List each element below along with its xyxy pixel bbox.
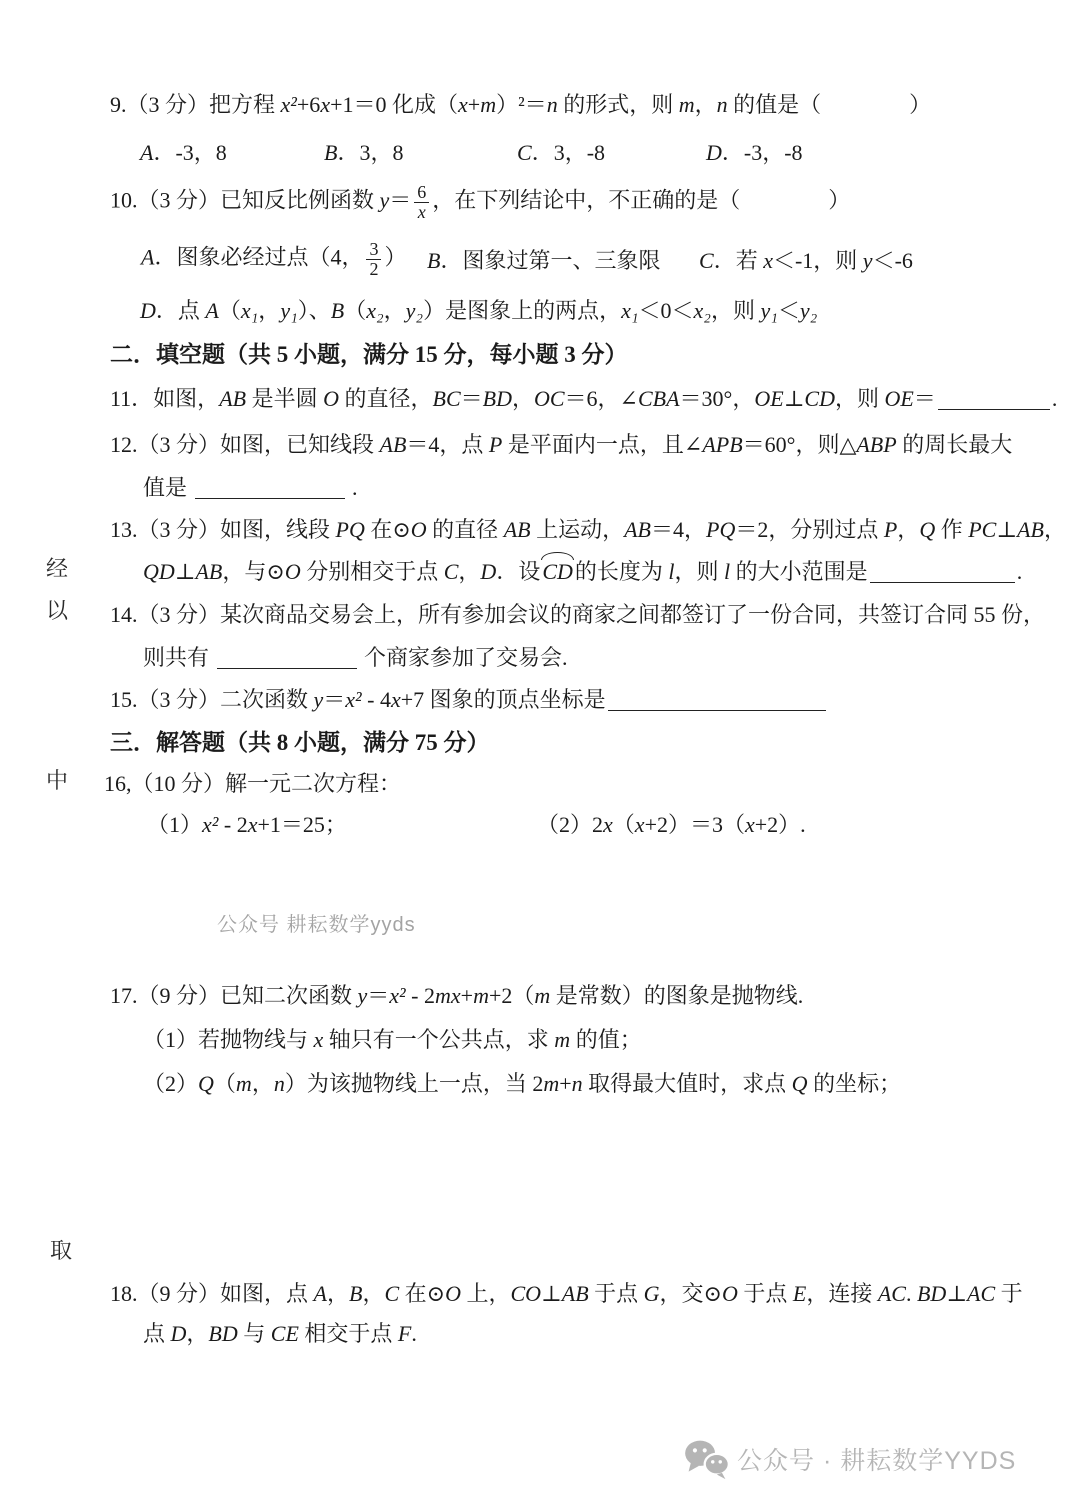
section-solve-header: 三．解答题（共 8 小题，满分 75 分） bbox=[110, 728, 490, 758]
answer-blank bbox=[938, 387, 1050, 410]
answer-blank bbox=[608, 688, 826, 711]
answer-blank bbox=[217, 646, 357, 669]
q17-part2: （2）Q（m，n）为该抛物线上一点，当 2m+n 取得最大值时，求点 Q 的坐标… bbox=[143, 1069, 901, 1099]
wechat-icon bbox=[684, 1438, 730, 1480]
fraction: 32 bbox=[366, 240, 381, 279]
q10-option-b: B．图象过第一、三象限 bbox=[427, 246, 660, 276]
question-13-line1: 13.（3 分）如图，线段 PQ 在⊙O 的直径 AB 上运动，AB＝4，PQ＝… bbox=[110, 515, 1066, 545]
question-12-line1: 12.（3 分）如图，已知线段 AB＝4，点 P 是平面内一点，且∠APB＝60… bbox=[110, 430, 1012, 460]
margin-note: 中 bbox=[46, 764, 68, 795]
question-16-stem: 16,（10 分）解一元二次方程： bbox=[104, 769, 401, 799]
answer-blank bbox=[870, 560, 1015, 583]
q9-option-a: A．-3，8 bbox=[140, 138, 227, 168]
q10-option-c: C．若 x＜-1，则 y＜-6 bbox=[699, 246, 913, 276]
q9-option-c: C．3，-8 bbox=[517, 138, 605, 168]
question-11-stem: 11．如图，AB 是半圆 O 的直径，BC＝BD，OC＝6，∠CBA＝30°，O… bbox=[110, 384, 1057, 414]
q16-part2: （2）2x（x+2）＝3（x+2）. bbox=[537, 810, 806, 840]
q16-part1: （1）x² - 2x+1＝25； bbox=[147, 810, 347, 840]
question-13-line2: QD⊥AB，与⊙O 分别相交于点 C，D．设CD的长度为 l，则 l 的大小范围… bbox=[143, 557, 1022, 587]
watermark-mid: 公众号 耕耘数学yyds bbox=[217, 908, 416, 937]
margin-note: 经 bbox=[46, 552, 68, 583]
exam-page: 经 以 中 取 9.（3 分）把方程 x²+6x+1＝0 化成（x+m）²＝n … bbox=[0, 0, 1080, 1506]
margin-note: 取 bbox=[50, 1234, 72, 1265]
question-10-stem: 10.（3 分）已知反比例函数 y＝6x，在下列结论中，不正确的是（ ） bbox=[110, 183, 850, 222]
watermark-bottom: 公众号 · 耕耘数学YYDS bbox=[737, 1441, 1016, 1477]
q10-option-d: D．点 A（x₁，y₁）、B（x₂，y₂）是图象上的两点，x₁＜0＜x₂，则 y… bbox=[140, 296, 817, 326]
answer-blank bbox=[195, 476, 345, 499]
arc-over-text: CD bbox=[540, 557, 575, 587]
fraction: 6x bbox=[414, 183, 429, 222]
q10-option-a: A．图象必经过点（4，32） bbox=[141, 240, 406, 279]
question-18-line1: 18.（9 分）如图，点 A，B，C 在⊙O 上，CO⊥AB 于点 G，交⊙O … bbox=[110, 1279, 1023, 1309]
question-17-stem: 17.（9 分）已知二次函数 y＝x² - 2mx+m+2（m 是常数）的图象是… bbox=[110, 981, 803, 1011]
q17-part1: （1）若抛物线与 x 轴只有一个公共点，求 m 的值； bbox=[143, 1025, 642, 1055]
q9-option-b: B．3，8 bbox=[324, 138, 403, 168]
margin-note: 以 bbox=[46, 594, 68, 625]
question-14-line1: 14.（3 分）某次商品交易会上，所有参加会议的商家之间都签订了一份合同，共签订… bbox=[110, 600, 1045, 630]
question-15-stem: 15.（3 分）二次函数 y＝x² - 4x+7 图象的顶点坐标是 bbox=[110, 685, 828, 715]
question-18-line2: 点 D，BD 与 CE 相交于点 F. bbox=[143, 1319, 417, 1349]
question-12-line2: 值是 . bbox=[143, 473, 358, 503]
section-fill-in-header: 二．填空题（共 5 小题，满分 15 分，每小题 3 分） bbox=[110, 340, 628, 370]
question-14-line2: 则共有 个商家参加了交易会. bbox=[143, 643, 568, 673]
q9-option-d: D．-3，-8 bbox=[706, 138, 803, 168]
question-9-stem: 9.（3 分）把方程 x²+6x+1＝0 化成（x+m）²＝n 的形式，则 m，… bbox=[110, 90, 931, 120]
